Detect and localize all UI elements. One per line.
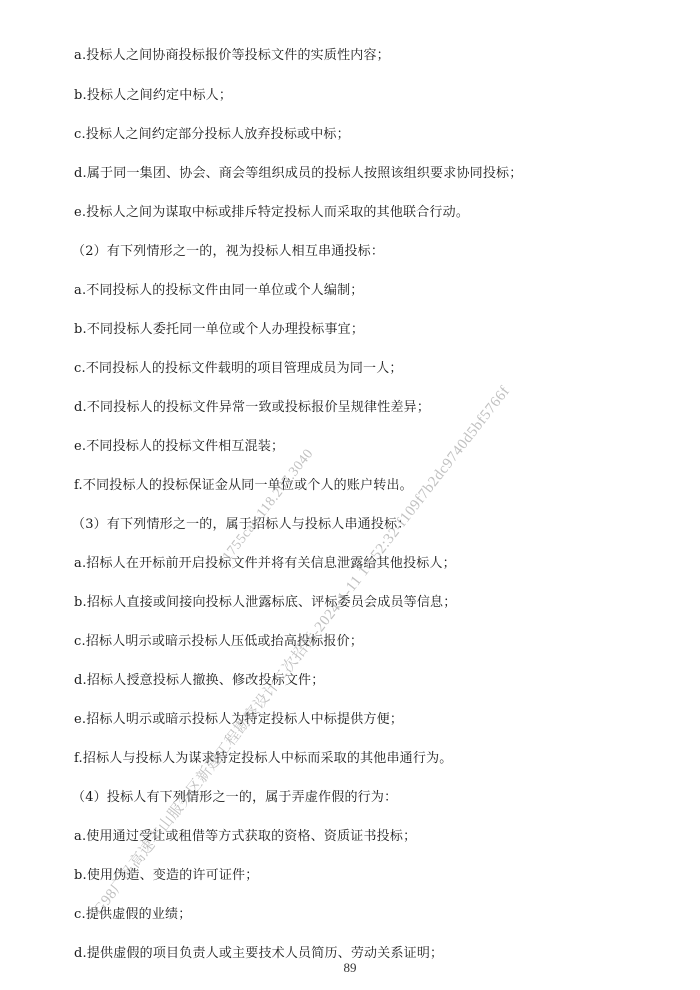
clause-line: b.使用伪造、变造的许可证件； bbox=[74, 868, 258, 884]
clause-line: c.投标人之间约定部分投标人放弃投标或中标； bbox=[74, 127, 350, 143]
clause-line: c.不同投标人的投标文件载明的项目管理成员为同一人； bbox=[74, 361, 403, 377]
clause-line: d.不同投标人的投标文件异常一致或投标报价呈规律性差异； bbox=[74, 400, 430, 416]
clause-line: d.属于同一集团、协会、商会等组织成员的投标人按照该组织要求协同投标； bbox=[74, 166, 522, 182]
document-page: a.投标人之间协商投标报价等投标文件的实质性内容； b.投标人之间约定中标人； … bbox=[0, 0, 700, 990]
clause-line: e.招标人明示或暗示投标人为特定投标人中标提供方便； bbox=[74, 712, 403, 728]
clause-line: e.不同投标人的投标文件相互混装； bbox=[74, 439, 284, 455]
clause-line: a.不同投标人的投标文件由同一单位或个人编制； bbox=[74, 283, 363, 299]
clause-line: a.使用通过受让或租借等方式获取的资格、资质证书投标； bbox=[74, 829, 416, 845]
clause-line: b.不同投标人委托同一单位或个人办理投标事宜； bbox=[74, 322, 364, 338]
clause-line: a.投标人之间协商投标报价等投标文件的实质性内容； bbox=[74, 48, 390, 64]
page-number: 89 bbox=[0, 960, 700, 976]
clause-line: c.招标人明示或暗示投标人压低或抬高投标报价； bbox=[74, 634, 363, 650]
clause-line: b.招标人直接或间接向投标人泄露标底、评标委员会成员等信息； bbox=[74, 595, 456, 611]
section-heading: （2）有下列情形之一的，视为投标人相互串通投标： bbox=[72, 244, 384, 260]
clause-line: a.招标人在开标前开启投标文件并将有关信息泄露给其他投标人； bbox=[74, 556, 456, 572]
clause-line: e.投标人之间为谋取中标或排斥特定投标人而采取的其他联合行动。 bbox=[74, 205, 469, 221]
clause-line: d.招标人授意投标人撤换、修改投标文件； bbox=[74, 673, 324, 689]
watermark-line-2: 1755cae-118.207.3040 bbox=[220, 446, 317, 564]
section-heading: （3）有下列情形之一的，属于招标人与投标人串通投标： bbox=[72, 517, 410, 533]
clause-line: f.招标人与投标人为谋求特定投标人中标而采取的其他串通行为。 bbox=[74, 751, 452, 767]
section-heading: （4）投标人有下列情形之一的，属于弄虚作假的行为： bbox=[72, 790, 397, 806]
clause-line: c.提供虚假的业绩； bbox=[74, 907, 191, 923]
clause-line: b.投标人之间约定中标人； bbox=[74, 88, 232, 104]
clause-line: f.不同投标人的投标保证金从同一单位或个人的账户转出。 bbox=[74, 478, 413, 494]
